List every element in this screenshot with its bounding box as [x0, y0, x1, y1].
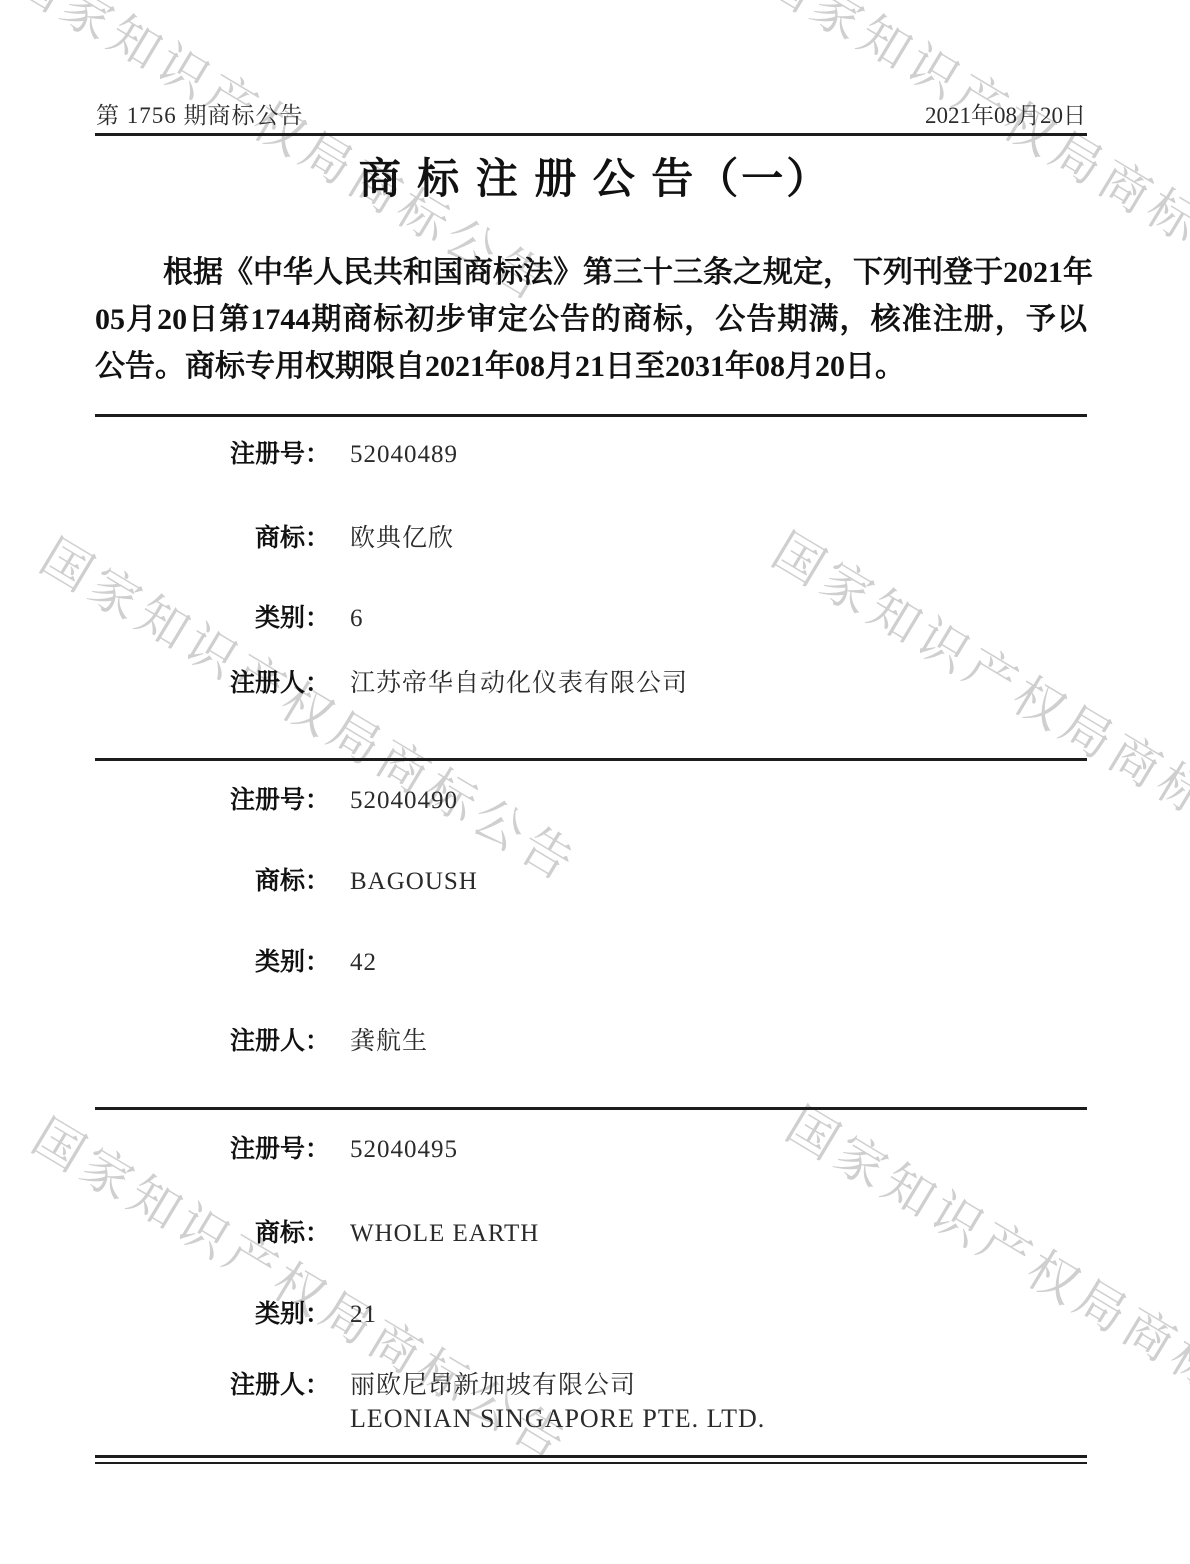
registrant-label: 注册人：: [95, 1021, 330, 1057]
class-label: 类别：: [95, 942, 330, 978]
entry3-class-row: 类别：21: [95, 1294, 377, 1330]
registrant-label: 注册人：: [95, 663, 330, 699]
header-rule: [95, 133, 1087, 136]
entry3-mark-row: 商标：WHOLE EARTH: [95, 1213, 539, 1249]
entry1-registrant-row: 注册人：江苏帝华自动化仪表有限公司: [95, 663, 688, 699]
registrant-english-name: LEONIAN SINGAPORE PTE. LTD.: [350, 1404, 765, 1434]
mark-value: 欧典亿欣: [350, 518, 454, 554]
gazette-issue-label: 第 1756 期商标公告: [96, 97, 304, 130]
class-label: 类别：: [95, 1294, 330, 1330]
entry3-regno-row: 注册号：52040495: [95, 1129, 458, 1165]
regno-value: 52040490: [350, 787, 458, 815]
entry1-class-row: 类别：6: [95, 598, 364, 634]
entry-separator: [95, 414, 1087, 417]
page-title: 商 标 注 册 公 告（一）: [0, 146, 1190, 206]
registrant-value: 江苏帝华自动化仪表有限公司: [350, 663, 688, 699]
regno-label: 注册号：: [95, 434, 330, 470]
mark-label: 商标：: [95, 1213, 330, 1249]
gazette-page: 国家知识产权局商标公告 国家知识产权局商标公告 国家知识产权局商标公告 国家知识…: [0, 0, 1190, 1564]
entry2-registrant-row: 注册人：龚航生: [95, 1021, 428, 1057]
gazette-date-label: 2021年08月20日: [925, 97, 1086, 130]
entry-separator: [95, 1107, 1087, 1110]
registrant-value: 丽欧尼昂新加坡有限公司: [350, 1365, 636, 1401]
regno-value: 52040495: [350, 1136, 458, 1164]
entry1-regno-row: 注册号：52040489: [95, 434, 458, 470]
mark-value: WHOLE EARTH: [350, 1220, 539, 1248]
bottom-double-rule: [95, 1455, 1087, 1464]
entry1-mark-row: 商标：欧典亿欣: [95, 518, 454, 554]
mark-value: BAGOUSH: [350, 868, 478, 896]
entry2-mark-row: 商标：BAGOUSH: [95, 861, 478, 897]
class-label: 类别：: [95, 598, 330, 634]
intro-line-1: 根据《中华人民共和国商标法》第三十三条之规定，下列刊登于2021年: [163, 247, 1087, 291]
class-value: 21: [350, 1301, 377, 1329]
regno-value: 52040489: [350, 441, 458, 469]
class-value: 42: [350, 949, 377, 977]
mark-label: 商标：: [95, 518, 330, 554]
intro-line-3: 公告。商标专用权期限自2021年08月21日至2031年08月20日。: [95, 341, 1087, 385]
class-value: 6: [350, 605, 364, 633]
regno-label: 注册号：: [95, 1129, 330, 1165]
entry2-class-row: 类别：42: [95, 942, 377, 978]
mark-label: 商标：: [95, 861, 330, 897]
entry3-registrant-row: 注册人：丽欧尼昂新加坡有限公司: [95, 1365, 636, 1401]
regno-label: 注册号：: [95, 780, 330, 816]
registrant-value: 龚航生: [350, 1021, 428, 1057]
registrant-label: 注册人：: [95, 1365, 330, 1401]
page-content: 第 1756 期商标公告 2021年08月20日 商 标 注 册 公 告（一） …: [0, 0, 1190, 1564]
entry-separator: [95, 758, 1087, 761]
intro-line-2: 05月20日第1744期商标初步审定公告的商标，公告期满，核准注册，予以: [95, 294, 1087, 338]
entry2-regno-row: 注册号：52040490: [95, 780, 458, 816]
